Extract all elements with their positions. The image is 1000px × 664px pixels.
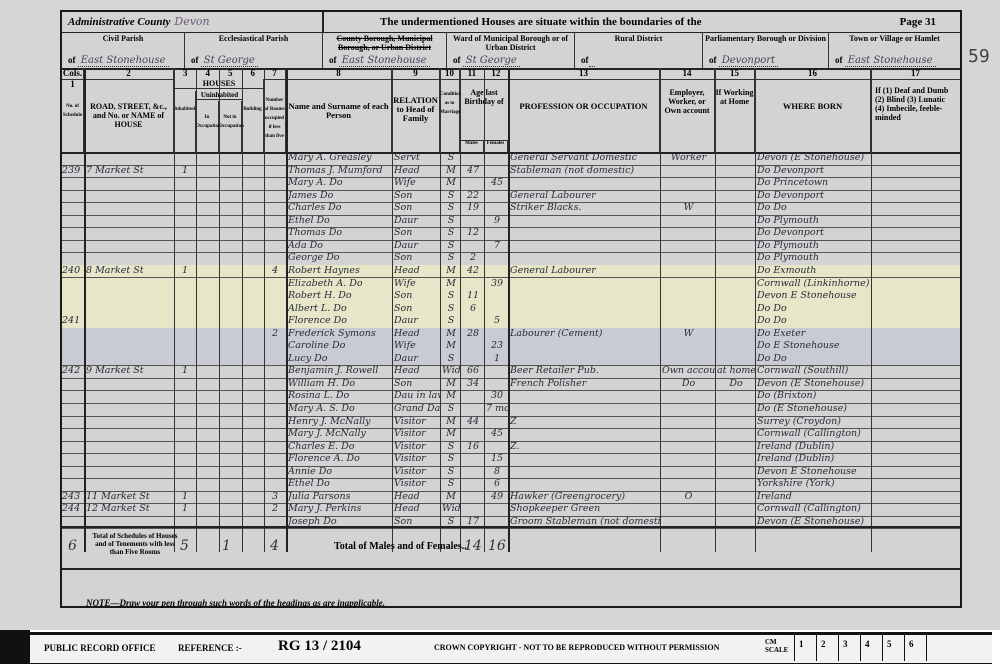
administrative-county: Administrative CountyDevon — [62, 12, 324, 32]
col-schedule: Cols. 1No. of Schedule — [62, 68, 84, 152]
cell-rel: Head — [394, 265, 440, 277]
col-not-in-occupation: Not in Occupation — [219, 101, 242, 152]
cell-occ: General Servant Domestic — [510, 152, 660, 164]
cell-rel: Daur — [394, 353, 440, 365]
cell-emp — [662, 177, 715, 189]
cell-f — [486, 328, 508, 340]
cell-f — [486, 227, 508, 239]
cell-address — [86, 315, 174, 327]
cell-occ — [510, 340, 660, 352]
cell-m — [462, 503, 484, 515]
cell-home — [717, 416, 755, 428]
cell-cond: S — [442, 227, 460, 239]
cell-emp: W — [662, 202, 715, 214]
cell-sched — [62, 152, 84, 164]
cell-occ — [510, 315, 660, 327]
cell-m — [462, 152, 484, 164]
cell-m — [462, 491, 484, 503]
cell-rooms — [264, 453, 286, 465]
cell-sched — [62, 227, 84, 239]
area-boundaries: Civil Parishof East Stonehouse Ecclesias… — [62, 32, 960, 70]
cell-address: 12 Market St — [86, 503, 174, 515]
cell-sched — [62, 177, 84, 189]
cm-scale-label: CM SCALE — [765, 638, 789, 654]
cell-address — [86, 252, 174, 264]
cell-occ — [510, 428, 660, 440]
cell-cond: S — [442, 190, 460, 202]
cell-inhab — [174, 478, 196, 490]
cell-inhab — [174, 290, 196, 302]
cell-home — [717, 441, 755, 453]
cell-home — [717, 390, 755, 402]
cell-rooms — [264, 177, 286, 189]
cell-address — [86, 303, 174, 315]
cell-inhab — [174, 152, 196, 164]
cell-inhab — [174, 315, 196, 327]
cell-occ — [510, 466, 660, 478]
cell-inhab — [174, 240, 196, 252]
cell-inhab — [174, 215, 196, 227]
cell-cond: M — [442, 328, 460, 340]
cell-f — [486, 416, 508, 428]
cell-emp — [662, 503, 715, 515]
cell-inf — [873, 290, 958, 302]
cell-sched — [62, 466, 84, 478]
cell-inf — [873, 441, 958, 453]
cell-m: 12 — [462, 227, 484, 239]
cell-m — [462, 453, 484, 465]
cell-m — [462, 215, 484, 227]
cell-rel: Visitor — [394, 466, 440, 478]
cell-rel: Wife — [394, 340, 440, 352]
cell-address — [86, 353, 174, 365]
cell-rel: Wife — [394, 177, 440, 189]
cell-rooms — [264, 202, 286, 214]
cell-inhab — [174, 378, 196, 390]
left-edge-bar — [0, 630, 30, 664]
cell-address — [86, 215, 174, 227]
cell-f: 8 — [486, 466, 508, 478]
cell-inf — [873, 315, 958, 327]
civil-parish: Civil Parishof East Stonehouse — [62, 32, 185, 68]
cell-cond: S — [442, 441, 460, 453]
census-page-scan: 59 Administrative CountyDevon The underm… — [0, 0, 1000, 630]
cell-m: 28 — [462, 328, 484, 340]
cell-inf — [873, 416, 958, 428]
cell-address — [86, 441, 174, 453]
cell-m — [462, 177, 484, 189]
boundaries-heading: The undermentioned Houses are situate wi… — [380, 16, 702, 28]
cell-rel: Daur — [394, 215, 440, 227]
cell-rooms — [264, 416, 286, 428]
cell-rooms — [264, 315, 286, 327]
cell-inf — [873, 390, 958, 402]
cell-inhab — [174, 202, 196, 214]
cell-address — [86, 278, 174, 290]
cell-m: 66 — [462, 365, 484, 377]
cell-inhab — [174, 416, 196, 428]
form-title-band: Administrative CountyDevon The underment… — [62, 12, 960, 33]
cell-sched — [62, 453, 84, 465]
col-males: Males — [460, 140, 484, 152]
cell-address — [86, 416, 174, 428]
cell-m: 44 — [462, 416, 484, 428]
cell-born: Do Do — [757, 303, 871, 315]
cell-name: Robert Haynes — [288, 265, 392, 277]
rural-district: Rural Districtof — [575, 32, 703, 68]
cell-sched — [62, 252, 84, 264]
cell-occ — [510, 278, 660, 290]
cell-sched — [62, 478, 84, 490]
cell-inf — [873, 278, 958, 290]
cell-occ — [510, 290, 660, 302]
cell-rooms — [264, 340, 286, 352]
cell-f: 6 — [486, 478, 508, 490]
cell-occ: Beer Retailer Pub. — [510, 365, 660, 377]
cell-m — [462, 403, 484, 415]
cell-born: Do (E Stonehouse) — [757, 403, 871, 415]
cell-rooms — [264, 215, 286, 227]
cell-occ — [510, 478, 660, 490]
cell-emp: W — [662, 328, 715, 340]
cell-name: Frederick Symons — [288, 328, 392, 340]
cell-born: Yorkshire (York) — [757, 478, 871, 490]
cell-cond: M — [442, 265, 460, 277]
cell-born: Cornwall (Callington) — [757, 428, 871, 440]
cell-inhab — [174, 428, 196, 440]
cell-inf — [873, 265, 958, 277]
cell-rooms — [264, 278, 286, 290]
cell-born: Ireland — [757, 491, 871, 503]
cell-f — [486, 290, 508, 302]
col-rooms: 7Number of Rooms occupied if less than f… — [264, 68, 286, 152]
cell-cond: M — [442, 177, 460, 189]
cell-rooms — [264, 240, 286, 252]
cell-m — [462, 340, 484, 352]
cell-rel: Son — [394, 252, 440, 264]
cell-cond: M — [442, 378, 460, 390]
cell-born: Cornwall (Southill) — [757, 365, 871, 377]
cell-name: Florence Do — [288, 315, 392, 327]
cell-address: 11 Market St — [86, 491, 174, 503]
cell-rel: Daur — [394, 315, 440, 327]
cell-cond: S — [442, 466, 460, 478]
cell-address — [86, 453, 174, 465]
cell-inf — [873, 303, 958, 315]
county-borough: County Borough, Municipal Borough, or Ur… — [323, 32, 447, 68]
cell-rooms — [264, 441, 286, 453]
cell-rel: Head — [394, 365, 440, 377]
cell-rooms — [264, 403, 286, 415]
cell-name: Rosina L. Do — [288, 390, 392, 402]
cell-inhab — [174, 453, 196, 465]
cell-home — [717, 328, 755, 340]
cell-occ — [510, 240, 660, 252]
cell-address — [86, 428, 174, 440]
page-stamp: 59 — [968, 46, 990, 67]
cell-rooms — [264, 365, 286, 377]
cell-m: 47 — [462, 165, 484, 177]
cell-occ — [510, 227, 660, 239]
cell-m — [462, 278, 484, 290]
cell-occ — [510, 177, 660, 189]
cell-home — [717, 403, 755, 415]
cell-inf — [873, 240, 958, 252]
cell-emp — [662, 428, 715, 440]
cell-home — [717, 165, 755, 177]
cell-cond: Wid — [442, 503, 460, 515]
cell-name: Robert H. Do — [288, 290, 392, 302]
cell-rel: Son — [394, 227, 440, 239]
cell-rel: Head — [394, 503, 440, 515]
cell-rel: Grand Daur — [394, 403, 440, 415]
cell-address: 9 Market St — [86, 365, 174, 377]
cell-emp — [662, 416, 715, 428]
cell-sched: 244 — [62, 503, 84, 515]
cell-home — [717, 428, 755, 440]
cell-name: Albert L. Do — [288, 303, 392, 315]
cell-home — [717, 466, 755, 478]
cell-emp — [662, 215, 715, 227]
cell-occ: Striker Blacks. — [510, 202, 660, 214]
cell-sched — [62, 303, 84, 315]
cell-cond: M — [442, 428, 460, 440]
col-building: Building — [242, 79, 264, 152]
cell-occ — [510, 252, 660, 264]
cell-f: 23 — [486, 340, 508, 352]
cell-rel: Son — [394, 378, 440, 390]
cell-sched — [62, 378, 84, 390]
cell-cond: S — [442, 478, 460, 490]
cell-inhab: 1 — [174, 365, 196, 377]
cell-m — [462, 240, 484, 252]
cell-born: Do Exeter — [757, 328, 871, 340]
cell-m: 2 — [462, 252, 484, 264]
cell-home — [717, 227, 755, 239]
parliamentary-borough: Parliamentary Borough or Divisionof Devo… — [703, 32, 829, 68]
cell-emp — [662, 252, 715, 264]
cell-cond: S — [442, 403, 460, 415]
cell-f — [486, 252, 508, 264]
cell-cond: M — [442, 416, 460, 428]
cell-rooms — [264, 428, 286, 440]
col-working-home: 15If Working at Home — [715, 68, 755, 152]
cell-inhab: 1 — [174, 265, 196, 277]
cell-inhab — [174, 303, 196, 315]
cell-inf — [873, 428, 958, 440]
cell-sched: 240 — [62, 265, 84, 277]
cell-born: Do Plymouth — [757, 252, 871, 264]
total-females: 16 — [488, 538, 506, 554]
cell-address — [86, 478, 174, 490]
cell-cond: S — [442, 315, 460, 327]
cell-inhab: 1 — [174, 491, 196, 503]
cell-cond: S — [442, 152, 460, 164]
cell-home: Do — [717, 378, 755, 390]
cell-name: Lucy Do — [288, 353, 392, 365]
cell-inf — [873, 491, 958, 503]
cell-f: 7 mo — [486, 403, 508, 415]
cell-cond: S — [442, 303, 460, 315]
cell-inf — [873, 478, 958, 490]
cell-born: Do Princetown — [757, 177, 871, 189]
cell-address — [86, 466, 174, 478]
cell-occ — [510, 403, 660, 415]
cell-address — [86, 177, 174, 189]
page-number: Page 31 — [900, 16, 936, 28]
cell-inhab — [174, 177, 196, 189]
cell-occ: Labourer (Cement) — [510, 328, 660, 340]
cell-rooms — [264, 466, 286, 478]
cell-occ: Hawker (Greengrocery) — [510, 491, 660, 503]
cell-emp — [662, 466, 715, 478]
cell-f: 45 — [486, 177, 508, 189]
cm-scale: 123456 — [794, 635, 968, 661]
cell-emp — [662, 303, 715, 315]
reference-number: RG 13 / 2104 — [278, 638, 361, 655]
cell-occ: French Polisher — [510, 378, 660, 390]
cell-emp — [662, 290, 715, 302]
cell-emp — [662, 265, 715, 277]
cell-inhab — [174, 390, 196, 402]
cell-emp — [662, 453, 715, 465]
cell-m: 22 — [462, 190, 484, 202]
cell-f — [486, 303, 508, 315]
cell-rooms — [264, 227, 286, 239]
cell-born: Do Exmouth — [757, 265, 871, 277]
cell-sched — [62, 240, 84, 252]
cell-inf — [873, 466, 958, 478]
cell-emp: Worker — [662, 152, 715, 164]
total-males: 14 — [464, 538, 482, 554]
cell-home — [717, 453, 755, 465]
cell-f — [486, 503, 508, 515]
cell-f — [486, 190, 508, 202]
cell-name: Ethel Do — [288, 215, 392, 227]
cell-rel: Son — [394, 290, 440, 302]
cell-born: Do Do — [757, 202, 871, 214]
cell-address — [86, 378, 174, 390]
cell-inhab — [174, 328, 196, 340]
cell-cond: S — [442, 252, 460, 264]
cell-born: Surrey (Croydon) — [757, 416, 871, 428]
cell-inhab — [174, 278, 196, 290]
cell-home — [717, 252, 755, 264]
cell-emp — [662, 227, 715, 239]
cell-born: Devon E Stonehouse — [757, 290, 871, 302]
cell-occ: Z — [510, 416, 660, 428]
cell-address — [86, 202, 174, 214]
cell-address — [86, 152, 174, 164]
cell-inf — [873, 152, 958, 164]
cell-address — [86, 340, 174, 352]
cell-born: Do Devonport — [757, 190, 871, 202]
cell-m: 16 — [462, 441, 484, 453]
cell-rel: Son — [394, 202, 440, 214]
cell-name: Thomas J. Mumford — [288, 165, 392, 177]
cell-f — [486, 365, 508, 377]
cell-sched — [62, 215, 84, 227]
cell-inf — [873, 227, 958, 239]
cell-address — [86, 328, 174, 340]
cell-address — [86, 290, 174, 302]
cell-emp — [662, 441, 715, 453]
totals-row: 6 Total of Schedules of Houses and of Te… — [62, 526, 960, 570]
cell-inf — [873, 340, 958, 352]
cell-name: Julia Parsons — [288, 491, 392, 503]
cell-born: Do E Stonehouse — [757, 340, 871, 352]
cell-cond: M — [442, 491, 460, 503]
cell-rel: Head — [394, 328, 440, 340]
cell-rel: Visitor — [394, 478, 440, 490]
cell-address — [86, 390, 174, 402]
cell-emp — [662, 190, 715, 202]
cell-cond: S — [442, 215, 460, 227]
note: NOTE—Draw your pen through such words of… — [86, 598, 385, 608]
cell-emp — [662, 278, 715, 290]
col-inhabited: Inhabited — [174, 91, 196, 152]
cell-m — [462, 428, 484, 440]
totals-label: Total of Schedules of Houses and of Tene… — [90, 532, 180, 556]
cell-occ — [510, 453, 660, 465]
cell-home — [717, 278, 755, 290]
cell-inhab — [174, 190, 196, 202]
cell-inhab — [174, 441, 196, 453]
cell-rooms — [264, 290, 286, 302]
cell-rooms — [264, 152, 286, 164]
cell-occ: General Labourer — [510, 265, 660, 277]
cell-born: Do Do — [757, 353, 871, 365]
cell-rooms — [264, 190, 286, 202]
cell-emp — [662, 165, 715, 177]
cell-address: 8 Market St — [86, 265, 174, 277]
cell-emp — [662, 315, 715, 327]
cell-born: Do Plymouth — [757, 215, 871, 227]
males-females-label: Total of Males and of Females... — [334, 541, 469, 552]
col-name: 8Name and Surname of each Person — [286, 68, 392, 152]
cell-born: Ireland (Dublin) — [757, 441, 871, 453]
office-label: PUBLIC RECORD OFFICE — [44, 643, 156, 653]
cell-home — [717, 265, 755, 277]
cell-inf — [873, 453, 958, 465]
cell-name: Elizabeth A. Do — [288, 278, 392, 290]
cell-inf — [873, 165, 958, 177]
cell-inf — [873, 378, 958, 390]
cell-inhab — [174, 466, 196, 478]
cell-home — [717, 303, 755, 315]
cell-rooms — [264, 252, 286, 264]
cell-f: 49 — [486, 491, 508, 503]
cell-rel: Son — [394, 303, 440, 315]
cell-rooms — [264, 165, 286, 177]
cell-name: Henry J. McNally — [288, 416, 392, 428]
cell-f: 15 — [486, 453, 508, 465]
cell-cond: M — [442, 340, 460, 352]
cell-f — [486, 202, 508, 214]
cell-born: Devon (E Stonehouse) — [757, 378, 871, 390]
cell-cond: S — [442, 240, 460, 252]
col-condition: 10Condition as to Marriage — [440, 68, 460, 152]
cell-rooms — [264, 478, 286, 490]
col-infirmity: 17If (1) Deaf and Dumb (2) Blind (3) Lun… — [871, 68, 960, 152]
cell-name: Florence A. Do — [288, 453, 392, 465]
cell-name: Ada Do — [288, 240, 392, 252]
cell-cond: S — [442, 453, 460, 465]
census-form: Administrative CountyDevon The underment… — [60, 10, 962, 608]
cell-born: Cornwall (Linkinhorne) — [757, 278, 871, 290]
cell-name: Annie Do — [288, 466, 392, 478]
cell-rel: Son — [394, 190, 440, 202]
